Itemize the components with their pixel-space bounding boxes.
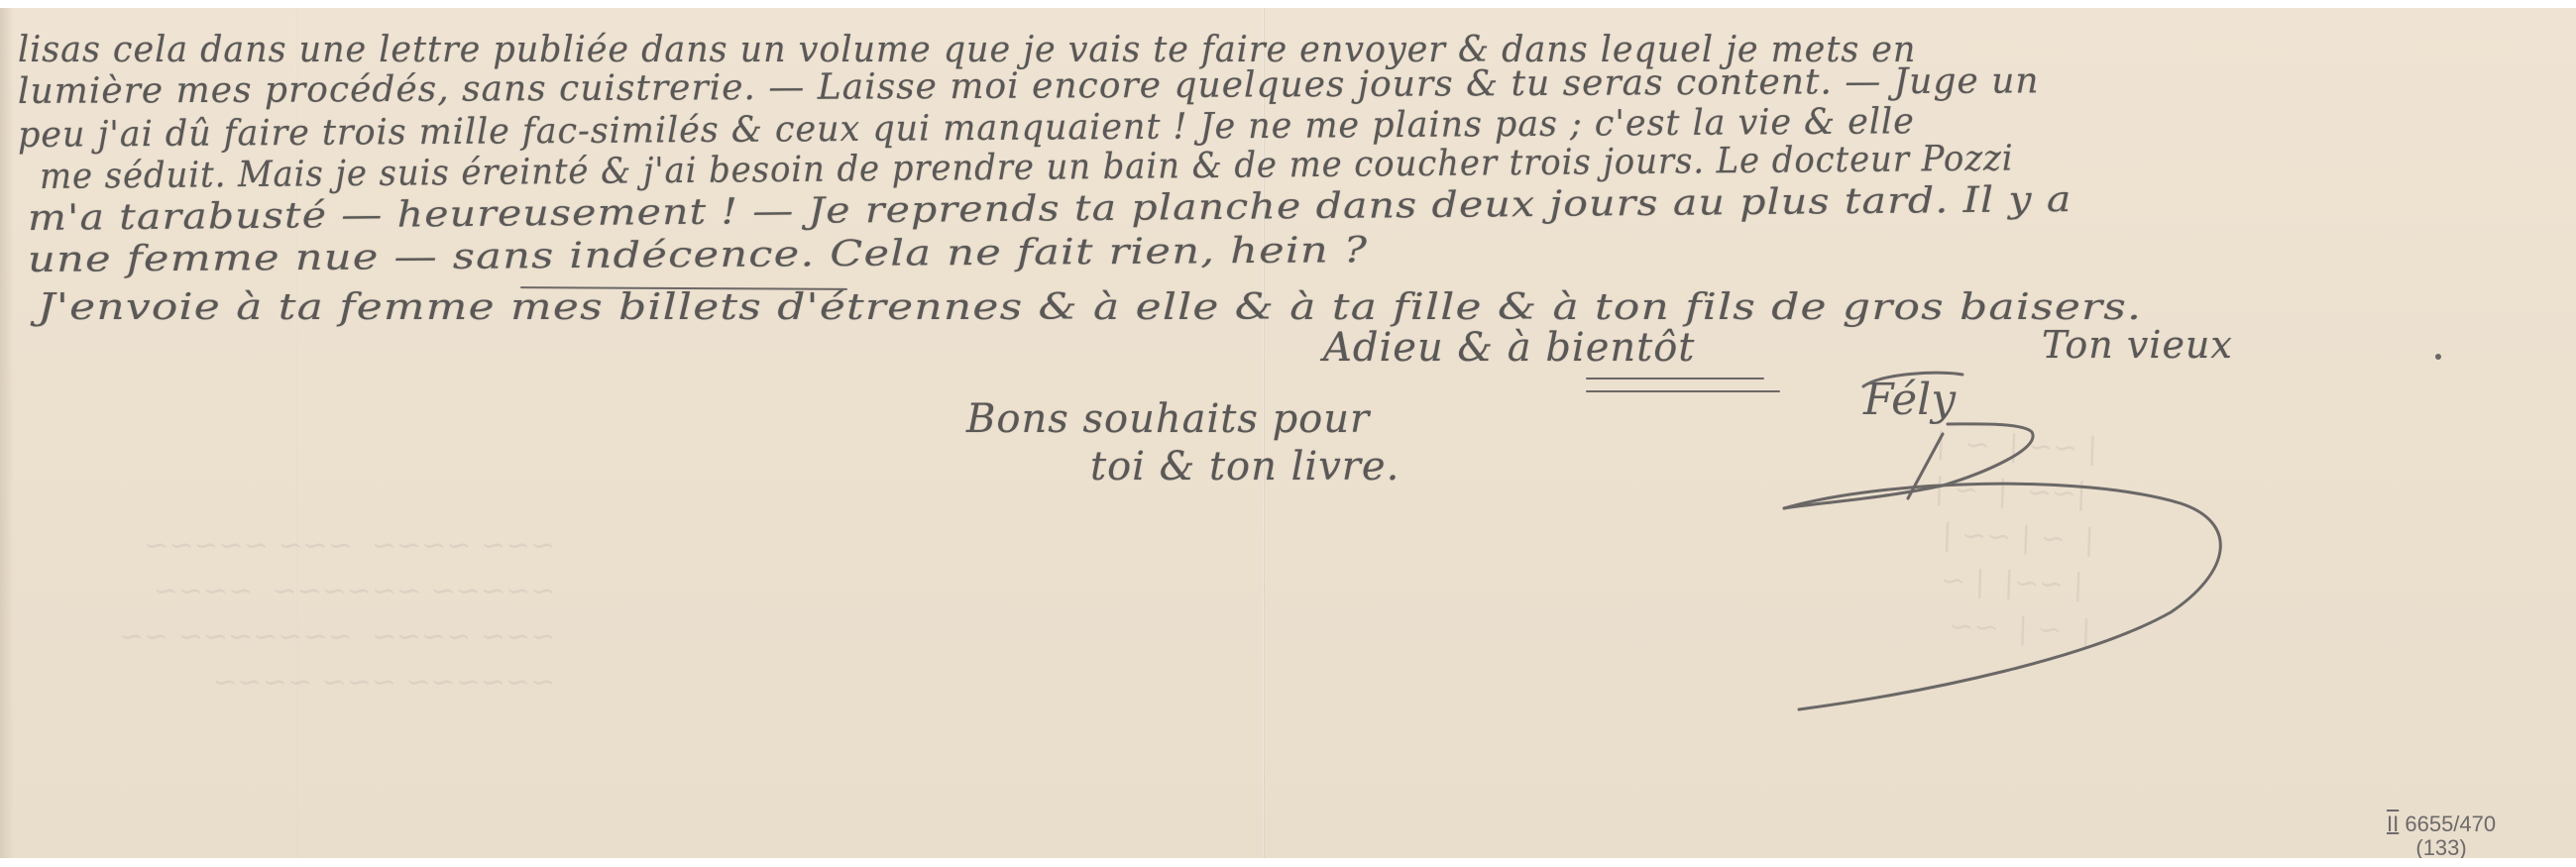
reverse-bleed-through-right: | ~~ | ~ | |~~ | ~ | | ~ | ~~ | | ~~| | … bbox=[1929, 421, 2098, 655]
farewell: Adieu & à bientôt bbox=[1323, 325, 1695, 371]
reverse-bleed-through-left: ~~~ ~~~~ ~~~ ~~~~~ ~~~~~ ~~~~~~ ~~~~ ~~~… bbox=[119, 523, 555, 705]
archive-reference: II 6655/470 (133) bbox=[2387, 813, 2496, 858]
farewell-underline-1 bbox=[1586, 378, 1764, 379]
letter-sheet: ~~~ ~~~~ ~~~ ~~~~~ ~~~~~ ~~~~~~ ~~~~ ~~~… bbox=[0, 8, 2576, 858]
letter-line-7: J'envoie à ta femme mes billets d'étrenn… bbox=[38, 287, 2142, 328]
archive-ref-number: 6655/470 bbox=[2405, 812, 2496, 836]
wishes-line-2: toi & ton livre. bbox=[1090, 444, 1400, 489]
farewell-underline-2 bbox=[1586, 390, 1780, 392]
valediction: Ton vieux bbox=[2042, 323, 2233, 367]
letter-line-6: une femme nue — sans indécence. Cela ne … bbox=[28, 230, 1369, 280]
wishes-line-1: Bons souhaits pour bbox=[966, 396, 1370, 442]
archive-ref-folio: (133) bbox=[2387, 836, 2496, 858]
signature: Fély bbox=[1863, 375, 1956, 425]
archive-ref-roman: II bbox=[2387, 812, 2399, 836]
